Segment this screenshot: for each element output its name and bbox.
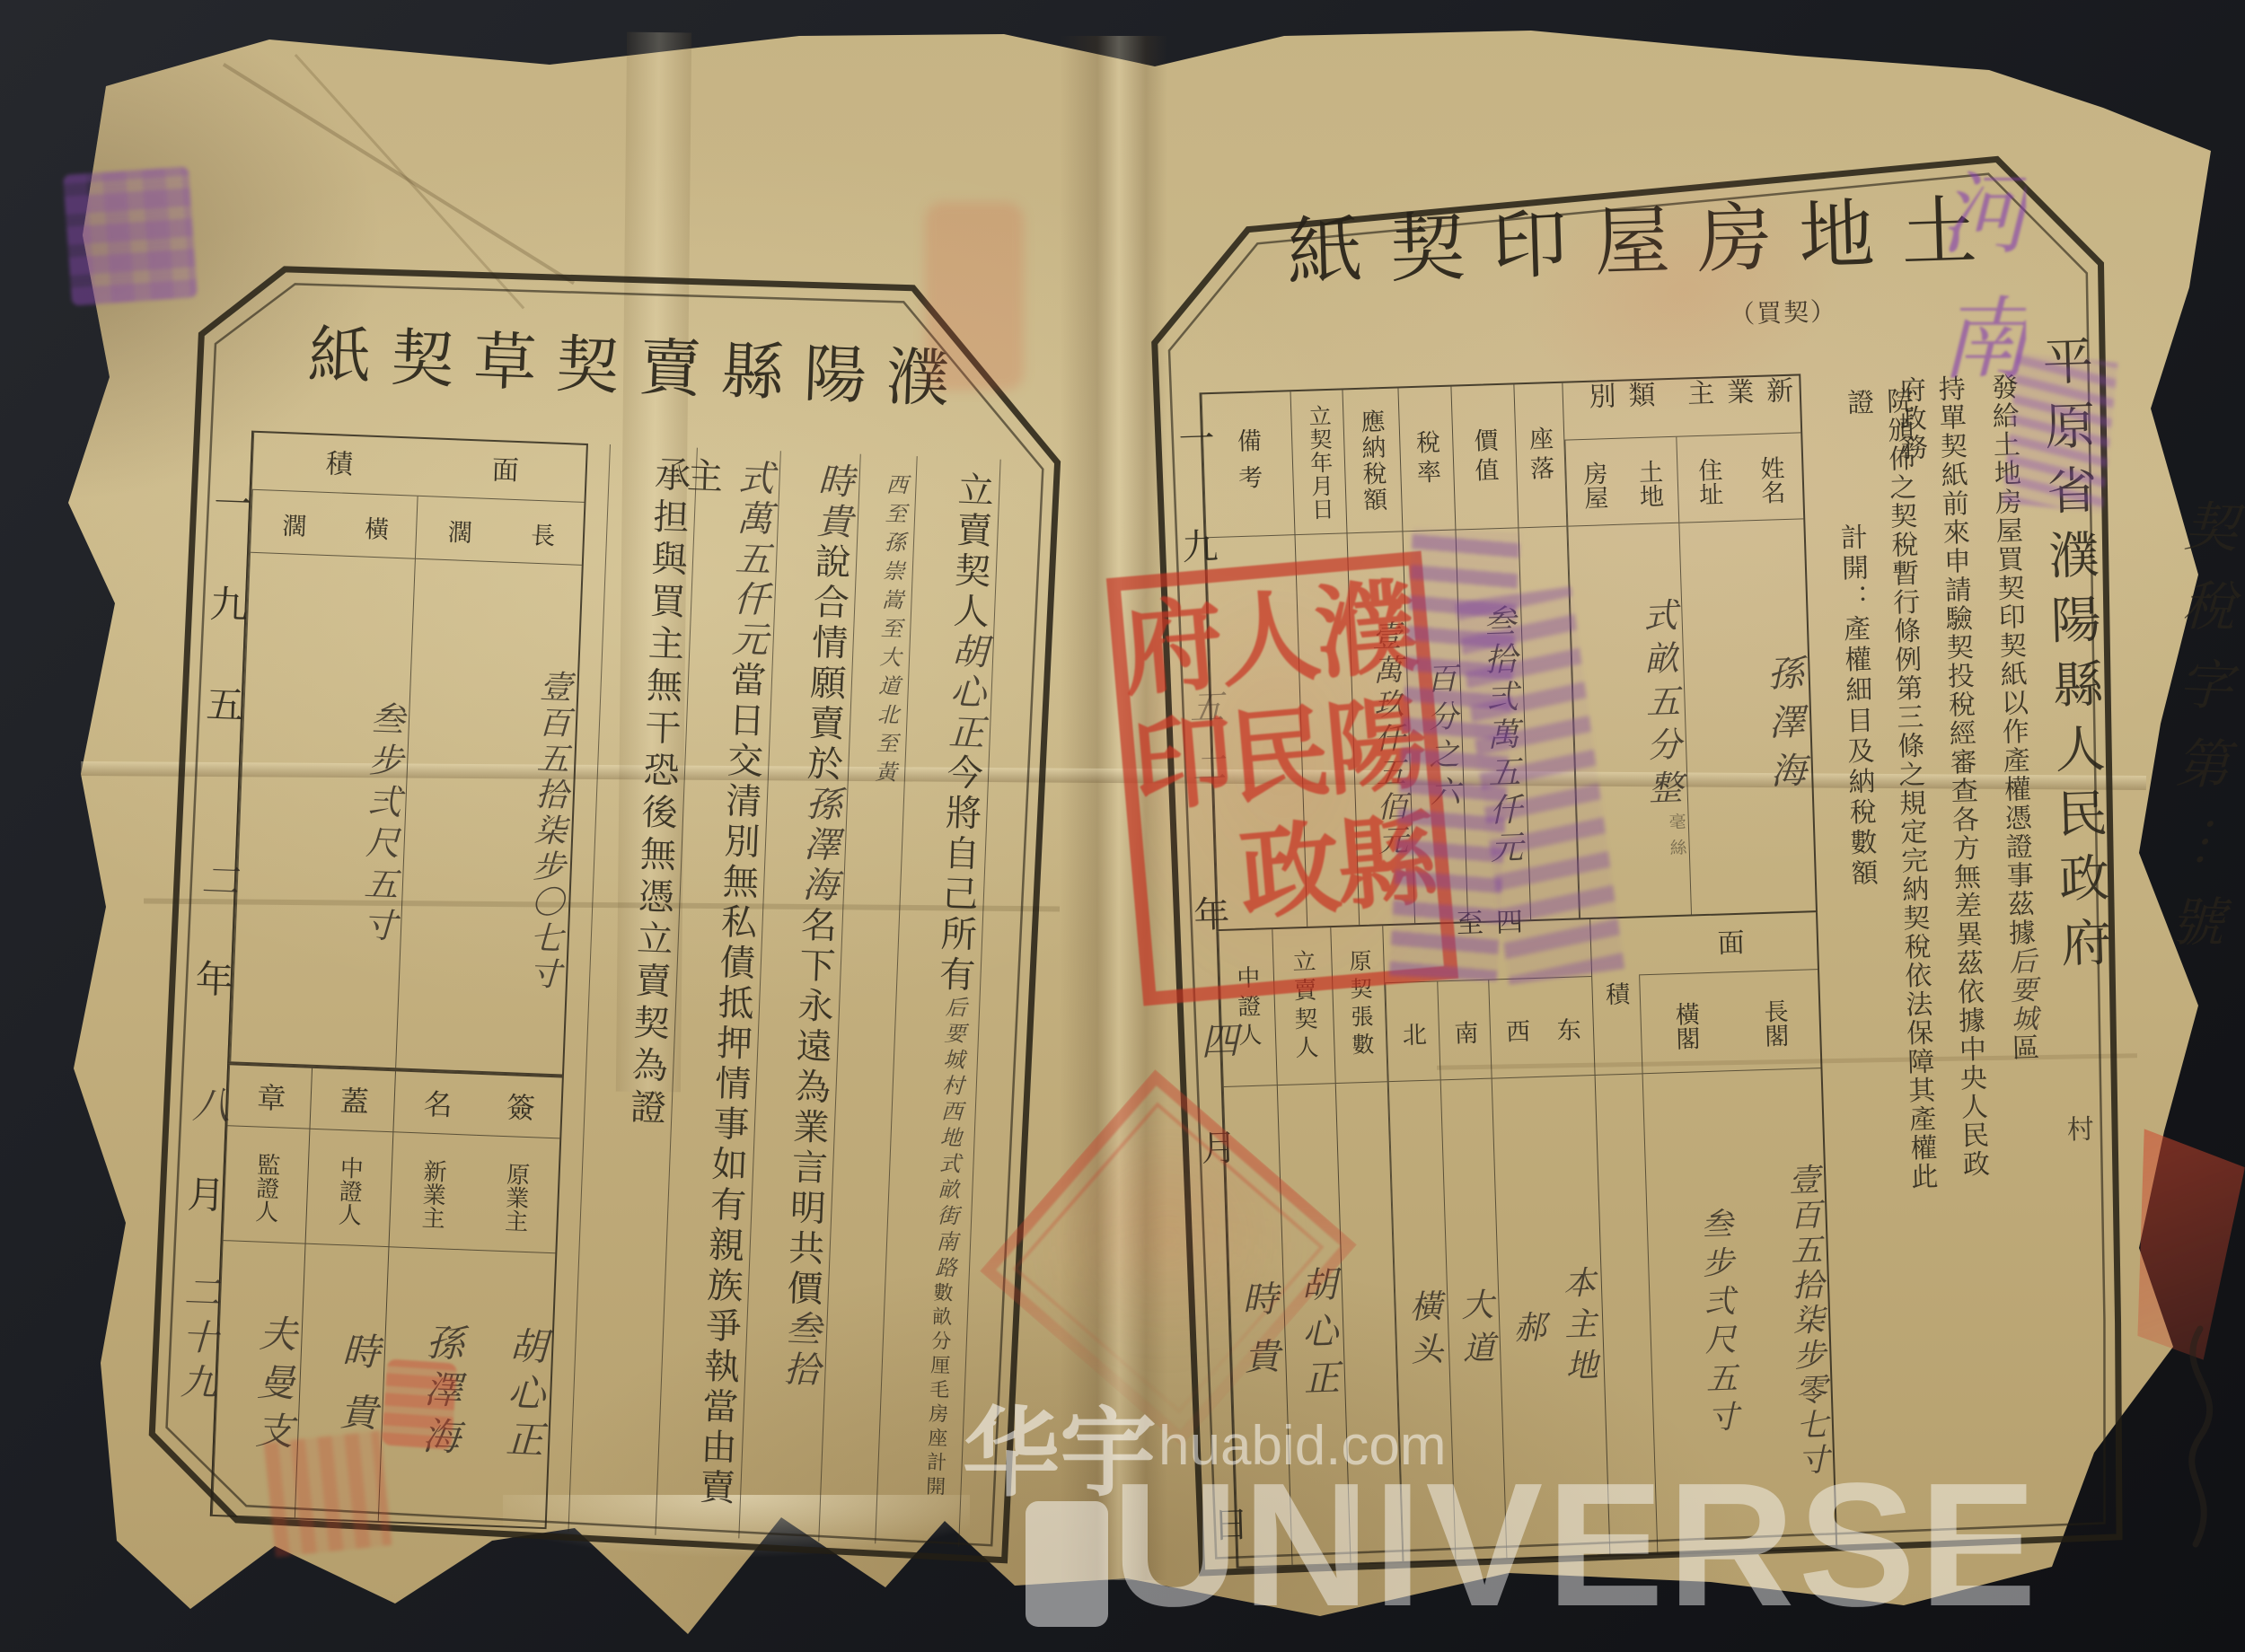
- purple-scribble: [2003, 353, 2118, 514]
- red-seal-smudge: [264, 1431, 392, 1558]
- ji-header: 積: [252, 433, 419, 496]
- date-year-char: 年: [183, 958, 239, 997]
- watermark-logo-block: [1026, 1501, 1108, 1627]
- date-month-hand: 八: [180, 1084, 236, 1123]
- photo-stage: 紙契草契賣縣陽濮 立賣契人胡心正今將自己所有后要城村西地式畝街南路數畝分厘毛房座…: [0, 0, 2245, 1652]
- village-char: 村: [2066, 1107, 2094, 1147]
- mian-column-group: 面 長 壹百五拾柒步〇七寸 濶: [395, 439, 586, 1075]
- date-day-hand: 二十九: [169, 1272, 225, 1409]
- dimensions-table: 面 長 壹百五拾柒步〇七寸 濶 積 橫 叁步弍: [227, 431, 588, 1076]
- draft-deed-page: 紙契草契賣縣陽濮 立賣契人胡心正今將自己所有后要城村西地式畝街南路數畝分厘毛房座…: [128, 252, 1075, 1569]
- ji-column-group: 積 橫 叁步弍尺五寸 濶: [229, 433, 419, 1068]
- margin-scribble: [2146, 1320, 2245, 1553]
- signature-table: 簽 原業主 胡心正 名 新業主 孫澤海 蓋 中證人 時貴 章 監證人 夫曼支: [210, 1063, 564, 1529]
- signature-seal: [382, 1358, 458, 1449]
- date-month-hand: 四: [1189, 1020, 1244, 1059]
- date-year-hand: 二: [189, 859, 244, 899]
- purple-stamp-top-left: [63, 166, 198, 305]
- date-month-char: 月: [175, 1173, 231, 1213]
- watermark-brand: UNIVERSE: [1112, 1444, 2040, 1646]
- original-owner-column: 簽 原業主 胡心正: [462, 1075, 562, 1527]
- red-smudge: [925, 202, 1024, 391]
- mian-header: 面: [418, 439, 586, 503]
- new-owner-name-value: 孫澤海: [1741, 519, 1816, 912]
- col-new-owner: 新業主 姓名 孫澤海 住址: [1674, 375, 1816, 914]
- government-seal-text: 濮陽縣人民政府印: [1111, 574, 1434, 984]
- original-owner-signature: 胡心正: [462, 1251, 556, 1527]
